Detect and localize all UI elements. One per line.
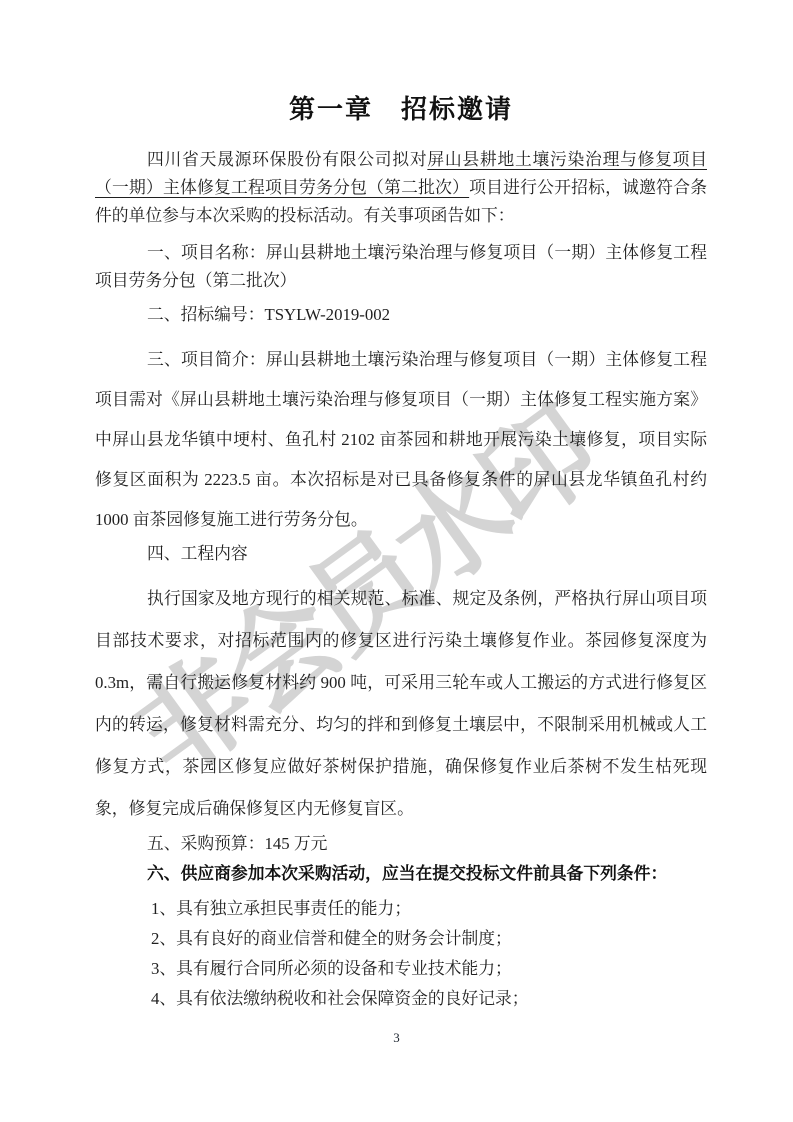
intro-prefix: 四川省天晟源环保股份有限公司拟对 [147,150,427,169]
condition-item-4: 4、具有依法缴纳税收和社会保障资金的良好记录； [95,984,707,1014]
section-project-name: 一、项目名称：屏山县耕地土壤污染治理与修复项目（一期）主体修复工程项目劳务分包（… [95,239,707,295]
section-work-content-heading: 四、工程内容 [95,540,707,568]
intro-paragraph: 四川省天晟源环保股份有限公司拟对屏山县耕地土壤污染治理与修复项目（一期）主体修复… [95,146,707,230]
section-project-brief: 三、项目简介：屏山县耕地土壤污染治理与修复项目（一期）主体修复工程项目需对《屏山… [95,340,707,540]
document-body: 第一章 招标邀请 四川省天晟源环保股份有限公司拟对屏山县耕地土壤污染治理与修复项… [95,92,707,1014]
chapter-title: 第一章 招标邀请 [95,92,707,126]
condition-list: 1、具有独立承担民事责任的能力； 2、具有良好的商业信誉和健全的财务会计制度； … [95,894,707,1014]
condition-item-2: 2、具有良好的商业信誉和健全的财务会计制度； [95,924,707,954]
section-work-content-body: 执行国家及地方现行的相关规范、标准、规定及条例，严格执行屏山项目项目部技术要求，… [95,578,707,830]
condition-item-1: 1、具有独立承担民事责任的能力； [95,894,707,924]
section-supplier-requirements-heading: 六、供应商参加本次采购活动，应当在提交投标文件前具备下列条件： [95,859,707,889]
page-number: 3 [0,1030,793,1046]
section-budget: 五、采购预算：145 万元 [95,830,707,858]
section-tender-number: 二、招标编号：TSYLW-2019-002 [95,301,707,329]
document-page: 非会员水印 第一章 招标邀请 四川省天晟源环保股份有限公司拟对屏山县耕地土壤污染… [0,0,793,1122]
condition-item-3: 3、具有履行合同所必须的设备和专业技术能力； [95,954,707,984]
